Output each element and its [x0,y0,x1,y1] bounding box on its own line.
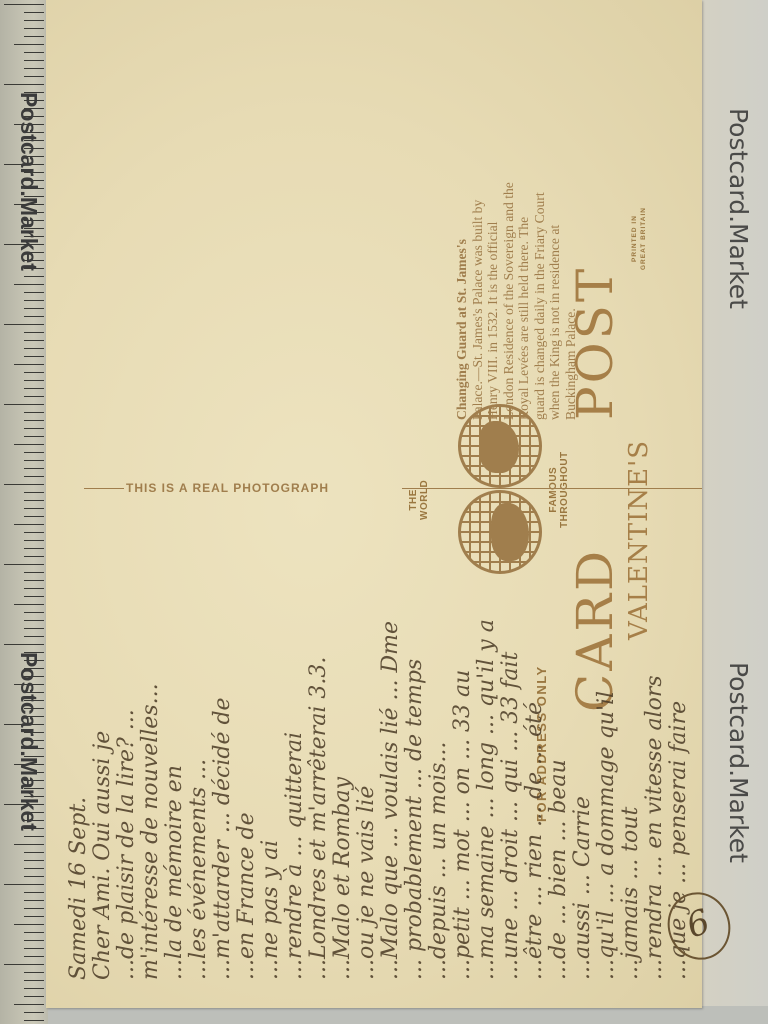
ruler-tick [24,340,44,341]
ruler-tick [24,908,44,909]
handwritten-line: ... probablement ... de temps [402,20,427,980]
ruler-tick [24,588,44,589]
ruler-tick [4,4,44,5]
watermark-right-top: Postcard.Market [724,108,753,309]
handwritten-line: ...être ... rien ... de ... été [522,20,547,980]
ruler-tick [4,84,44,85]
ruler-tick [24,508,44,509]
ruler-tick [24,972,44,973]
handwritten-line: ...Malo et Rombay [330,20,355,980]
ruler-tick [24,980,44,981]
ruler-tick [24,476,44,477]
ruler-tick [24,500,44,501]
ruler-tick [24,388,44,389]
ruler-tick [4,564,44,565]
handwritten-line: ...rendra ... en vitesse alors [642,20,667,980]
postcard: PRINTED IN GREAT BRITAIN POST CARD VALEN… [46,0,702,1008]
ruler-tick [24,36,44,37]
handwritten-line: ...les événements ... [186,20,211,980]
ruler-tick [14,924,44,925]
ruler-tick [24,612,44,613]
ruler-tick [24,60,44,61]
ruler-tick [24,620,44,621]
ruler-tick [24,628,44,629]
ruler-tick [24,1020,44,1021]
ruler-tick [24,412,44,413]
ruler-tick [24,316,44,317]
ruler-tick [14,284,44,285]
handwritten-line: ...depuis ... un mois... [426,20,451,980]
ruler-tick [24,492,44,493]
ruler-tick [24,396,44,397]
handwritten-line: ...Malo que ... voulais lié ... Dme [378,20,403,980]
ruler-tick [14,524,44,525]
ruler-tick [14,1004,44,1005]
ruler-tick [14,364,44,365]
ruler-tick [24,580,44,581]
ruler-tick [24,852,44,853]
ruler-tick [24,332,44,333]
ruler-tick [24,348,44,349]
ruler-tick [24,20,44,21]
ruler-tick [24,876,44,877]
ruler: Postcard.Market Postcard.Market [0,0,48,1024]
ruler-tick [24,1012,44,1013]
ruler-tick [24,380,44,381]
handwritten-line: ...ou je ne vais lié [354,20,379,980]
ruler-tick [24,68,44,69]
handwritten-line: Cher Ami. Oui aussi je [90,20,115,980]
handwritten-line: ...rendre à ... quitterai [282,20,307,980]
watermark-right-bottom: Postcard.Market [724,662,753,863]
ruler-tick [14,844,44,845]
handwritten-line: ...la de mémoire en [162,20,187,980]
ruler-tick [24,428,44,429]
handwritten-line: ...jamais ... tout [618,20,643,980]
ruler-tick [4,324,44,325]
ruler-tick [24,940,44,941]
ruler-watermark-bottom: Postcard.Market [2,652,42,831]
ruler-tick [24,28,44,29]
ruler-tick [24,12,44,13]
ruler-tick [14,44,44,45]
ruler-tick [24,572,44,573]
ruler-tick [14,604,44,605]
ruler-tick [4,964,44,965]
ruler-tick [24,956,44,957]
ruler-tick [24,532,44,533]
handwritten-line: ...aussi ... Carrie [570,20,595,980]
handwritten-line: ...de plaisir de la lire? ... [114,20,139,980]
handwritten-line: ...Londres et m'arrêterai 3.3. [306,20,331,980]
ruler-tick [24,556,44,557]
handwritten-line: ...une ... droit ... qui ... 33 fait [498,20,523,980]
handwritten-line: Samedi 16 Sept. [66,20,91,980]
background-bottom [40,1006,768,1024]
handwritten-line: ...que je ... penserai faire [666,20,691,980]
ruler-watermark-top: Postcard.Market [2,92,42,271]
ruler-tick [24,52,44,53]
ruler-tick [24,436,44,437]
ruler-tick [24,996,44,997]
ruler-tick [24,892,44,893]
ruler-tick [24,836,44,837]
ruler-tick [4,484,44,485]
handwritten-line: m'intéresse de nouvelles... [138,20,163,980]
ruler-tick [24,540,44,541]
ruler-tick [24,76,44,77]
ruler-tick [24,516,44,517]
ruler-tick [24,372,44,373]
ruler-tick [24,988,44,989]
handwritten-line: ...qu'il ... a dommage qu'il [594,20,619,980]
ruler-tick [24,356,44,357]
handwritten-line: ...m'attarder ... décidé de [210,20,235,980]
handwritten-line: ...de ... bien ... beau [546,20,571,980]
ruler-tick [24,948,44,949]
handwritten-line: ...ma semaine ... long ... qu'il y a [474,20,499,980]
handwritten-line: ...en France de [234,20,259,980]
ruler-tick [24,900,44,901]
ruler-tick [24,308,44,309]
ruler-tick [24,636,44,637]
ruler-tick [24,596,44,597]
ruler-tick [24,916,44,917]
ruler-tick [24,300,44,301]
ruler-tick [24,868,44,869]
ruler-tick [24,452,44,453]
ruler-tick [24,548,44,549]
handwritten-line: ...petit ... mot ... on ... 33 au [450,20,475,980]
ruler-tick [4,404,44,405]
ruler-tick [24,292,44,293]
ruler-tick [14,444,44,445]
ruler-tick [4,644,44,645]
ruler-tick [24,932,44,933]
ruler-tick [24,860,44,861]
ruler-tick [24,276,44,277]
ruler-tick [24,468,44,469]
ruler-tick [4,884,44,885]
handwritten-line: ...ne pas y ai [258,20,283,980]
ruler-tick [24,460,44,461]
ruler-tick [24,420,44,421]
